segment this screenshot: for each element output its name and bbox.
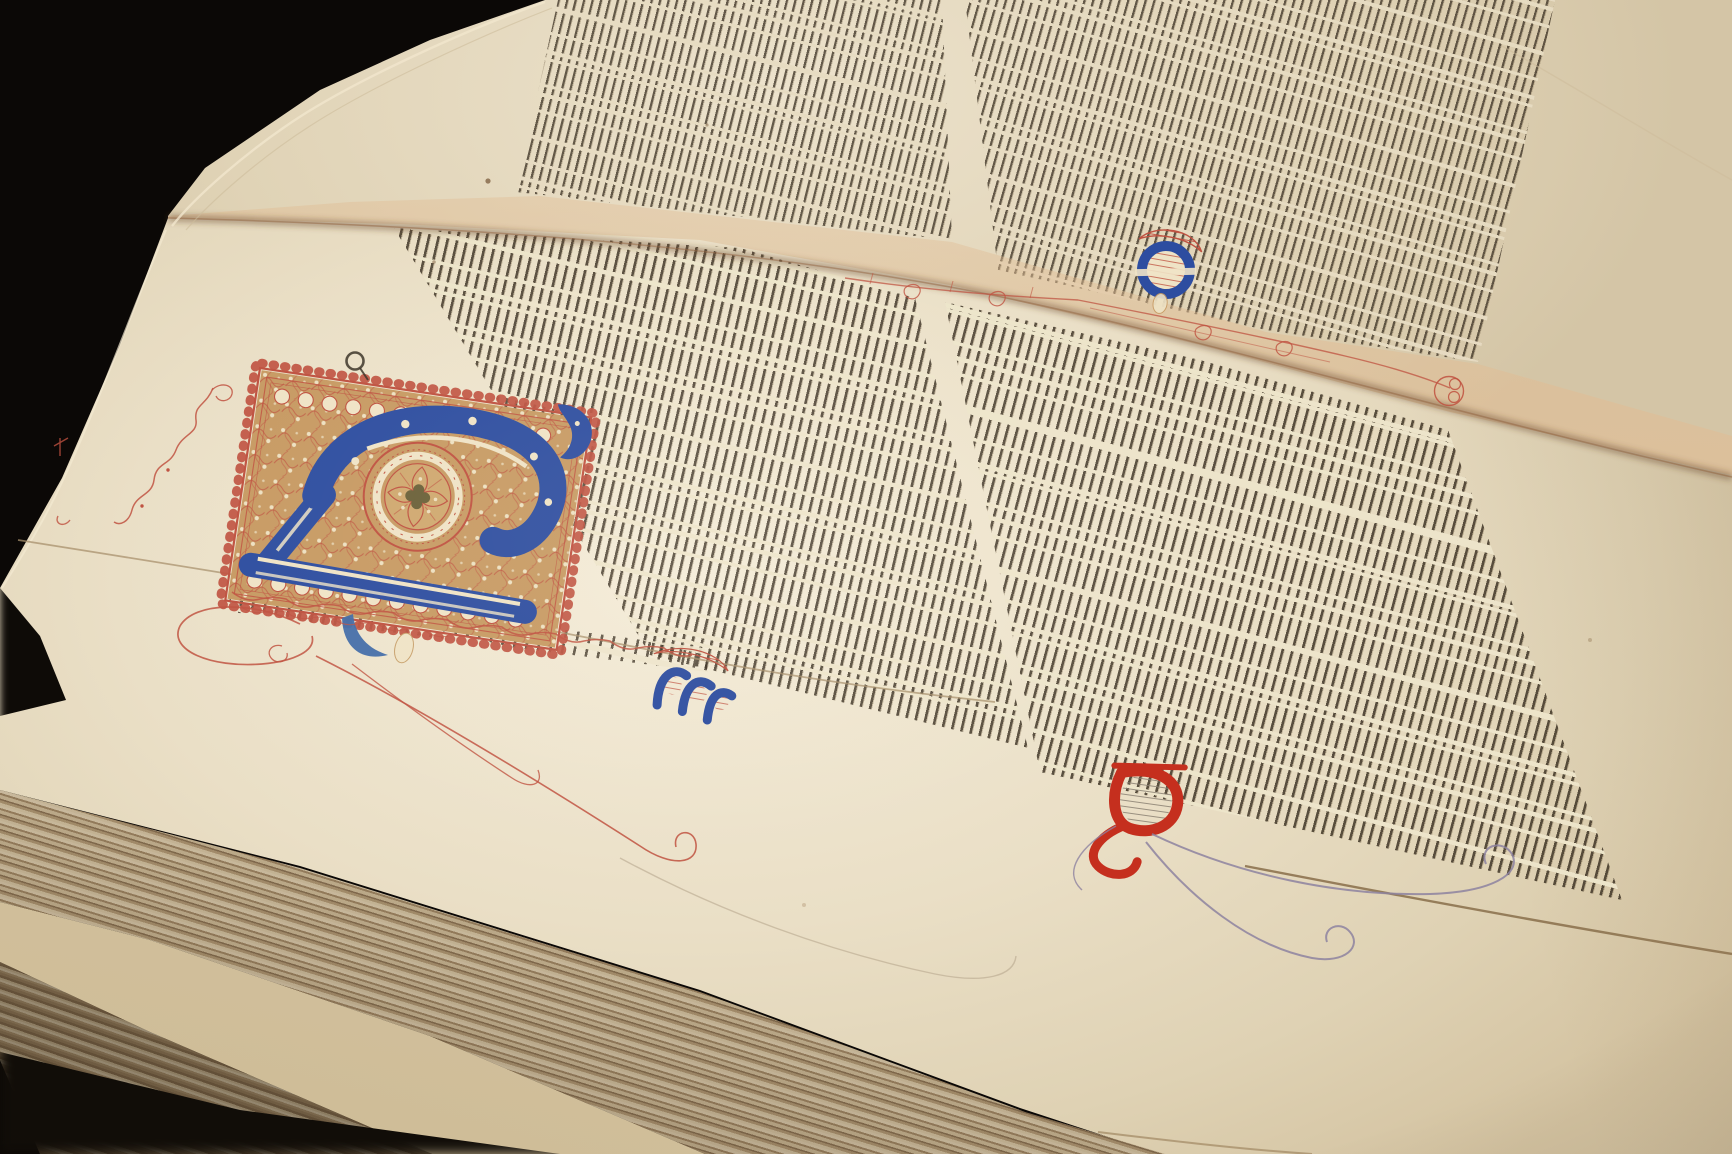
photo-canvas xyxy=(0,0,1732,1154)
